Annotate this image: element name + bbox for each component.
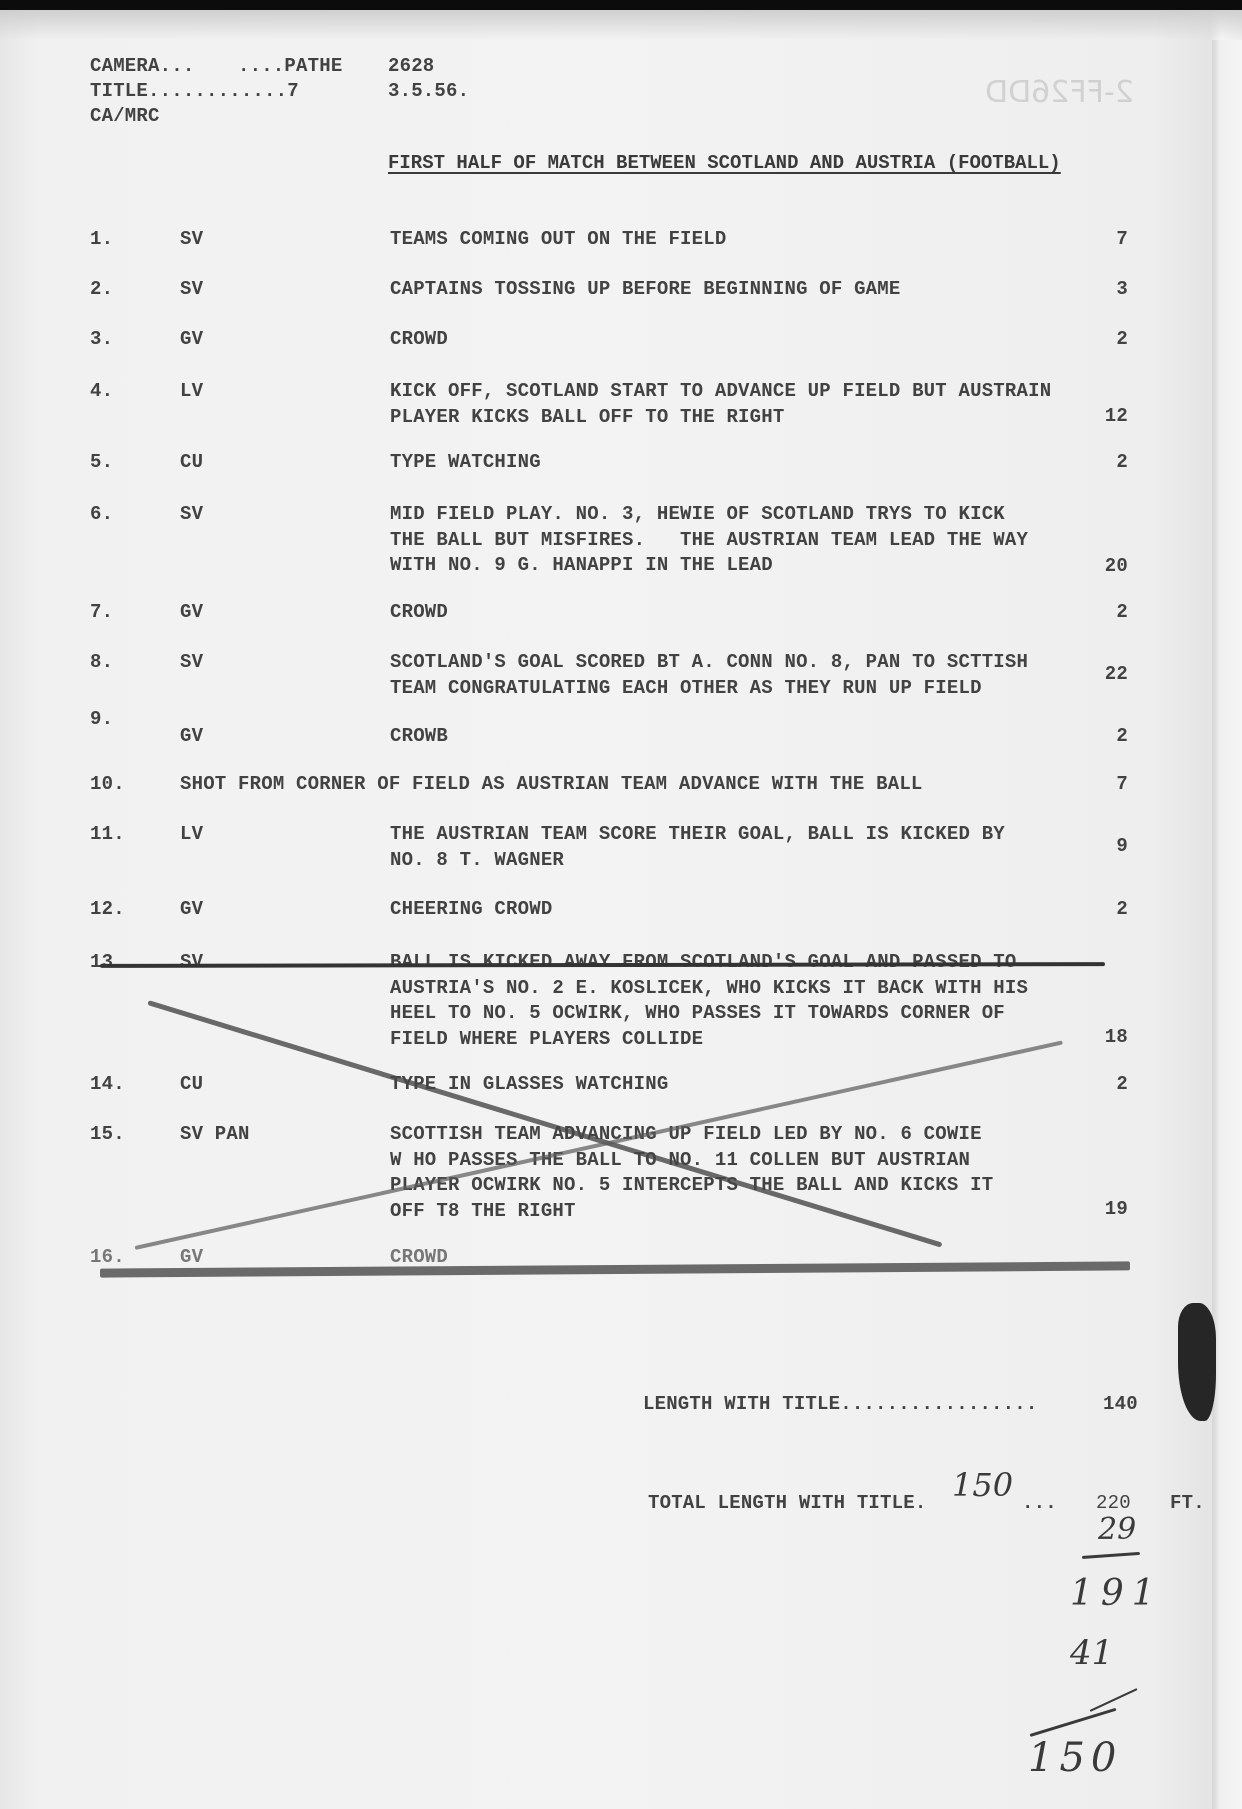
page-right-edge [1212, 40, 1242, 1809]
initials: CA/MRC [90, 105, 160, 127]
shot-description: SHOT FROM CORNER OF FIELD AS AUSTRIAN TE… [180, 773, 923, 795]
shot-length: 12 [1068, 405, 1128, 427]
shot-length: 2 [1068, 1073, 1128, 1095]
shot-type: LV [180, 380, 203, 402]
shot-description: NO. 8 T. WAGNER [390, 849, 564, 871]
shot-number: 12. [90, 898, 125, 920]
shot-description: CHEERING CROWD [390, 898, 552, 920]
scan-top-edge [0, 0, 1242, 10]
shot-length: 2 [1068, 898, 1128, 920]
length-with-title-label: LENGTH WITH TITLE................. [643, 1393, 1037, 1415]
shot-type: SV [180, 228, 203, 250]
shot-number: 3. [90, 328, 113, 350]
shot-description: OFF T8 THE RIGHT [390, 1200, 576, 1222]
shot-type: GV [180, 328, 203, 350]
cross-out-stroke-b [135, 1040, 1063, 1250]
shot-number: 7. [90, 601, 113, 623]
shot-description: CROWD [390, 601, 448, 623]
shot-number: 14. [90, 1073, 125, 1095]
shot-number: 10. [90, 773, 125, 795]
shot-type: LV [180, 823, 203, 845]
document-page: 2-FF26DD CAMERA... ....PATHE 2628 TITLE.… [0, 0, 1242, 1809]
total-length-value: 220 [1096, 1492, 1131, 1514]
shot-description: PLAYER OCWIRK NO. 5 INTERCEPTS THE BALL … [390, 1174, 993, 1196]
shot-type: SV PAN [180, 1123, 250, 1145]
shot-number: 16. [90, 1246, 125, 1268]
shot-length: 3 [1068, 278, 1128, 300]
shot-number: 8. [90, 651, 113, 673]
length-with-title-value: 140 [1103, 1393, 1138, 1415]
shot-length: 9 [1068, 835, 1128, 857]
shot-description: WITH NO. 9 G. HANAPPI IN THE LEAD [390, 554, 773, 576]
shot-type: CU [180, 1073, 203, 1095]
shot-length: 2 [1068, 328, 1128, 350]
shot-number: 1. [90, 228, 113, 250]
shot-number: 15. [90, 1123, 125, 1145]
camera-value: ....PATHE [238, 55, 342, 77]
shot-type: GV [180, 725, 203, 747]
total-handwritten: 150 [952, 1466, 1013, 1504]
bleed-through-text: 2-FF26DD [985, 75, 1134, 110]
shot-number: 5. [90, 451, 113, 473]
shot-type: GV [180, 601, 203, 623]
shot-length: 2 [1068, 601, 1128, 623]
handwritten-rule-1 [1082, 1552, 1140, 1559]
total-length-label: TOTAL LENGTH WITH TITLE. [648, 1492, 926, 1514]
handwritten-191: 191 [1070, 1573, 1163, 1614]
shot-description: TYPE WATCHING [390, 451, 541, 473]
shot-number: 4. [90, 380, 113, 402]
shot-number: 2. [90, 278, 113, 300]
shot-description: HEEL TO NO. 5 OCWIRK, WHO PASSES IT TOWA… [390, 1002, 1005, 1024]
shot-description: CAPTAINS TOSSING UP BEFORE BEGINNING OF … [390, 278, 900, 300]
shot-type: GV [180, 898, 203, 920]
shot-type: SV [180, 278, 203, 300]
shot-description: AUSTRIA'S NO. 2 E. KOSLICEK, WHO KICKS I… [390, 977, 1028, 999]
shot-description: FIELD WHERE PLAYERS COLLIDE [390, 1028, 703, 1050]
shot-description: SCOTLAND'S GOAL SCORED BT A. CONN NO. 8,… [390, 651, 1028, 673]
shot-length: 7 [1068, 228, 1128, 250]
shot-description: THE BALL BUT MISFIRES. THE AUSTRIAN TEAM… [390, 529, 1028, 551]
shot-length: 2 [1068, 725, 1128, 747]
shot-length: 2 [1068, 451, 1128, 473]
camera-label: CAMERA... [90, 55, 194, 77]
shot-description: PLAYER KICKS BALL OFF TO THE RIGHT [390, 406, 784, 428]
shot-length: 20 [1068, 555, 1128, 577]
shot-description: CROWD [390, 1246, 448, 1268]
shot-length: 22 [1068, 663, 1128, 685]
title-label: TITLE............7 [90, 80, 299, 102]
shot-type: SV [180, 503, 203, 525]
total-length-unit: FT. [1170, 1492, 1205, 1514]
shot-type: GV [180, 1246, 203, 1268]
shot-description: TEAMS COMING OUT ON THE FIELD [390, 228, 726, 250]
shot-type: CU [180, 451, 203, 473]
handwritten-rule-3 [1030, 1708, 1117, 1737]
strikethrough-line-row16 [100, 1261, 1130, 1277]
handwritten-150: 150 [1028, 1735, 1122, 1781]
paper-fold-shadow [0, 10, 1242, 40]
reference-number: 2628 [388, 55, 434, 77]
shot-length: 18 [1068, 1026, 1128, 1048]
shot-type: SV [180, 651, 203, 673]
shot-number: 6. [90, 503, 113, 525]
shot-type: SV [180, 951, 203, 973]
total-dots: ... [1022, 1492, 1057, 1514]
document-title: FIRST HALF OF MATCH BETWEEN SCOTLAND AND… [388, 152, 1061, 174]
handwritten-29: 29 [1098, 1512, 1136, 1547]
shot-number: 11. [90, 823, 125, 845]
shot-description: THE AUSTRIAN TEAM SCORE THEIR GOAL, BALL… [390, 823, 1005, 845]
shot-description: MID FIELD PLAY. NO. 3, HEWIE OF SCOTLAND… [390, 503, 1005, 525]
ink-blot [1178, 1303, 1216, 1421]
handwritten-41: 41 [1070, 1633, 1113, 1673]
shot-description: CROWD [390, 328, 448, 350]
shot-description: CROWB [390, 725, 448, 747]
shot-length: 19 [1068, 1198, 1128, 1220]
shot-number: 13. [90, 951, 125, 973]
date: 3.5.56. [388, 80, 469, 102]
shot-description: KICK OFF, SCOTLAND START TO ADVANCE UP F… [390, 380, 1051, 402]
shot-description: TEAM CONGRATULATING EACH OTHER AS THEY R… [390, 677, 982, 699]
shot-number: 9. [90, 708, 113, 730]
shot-length: 7 [1068, 773, 1128, 795]
